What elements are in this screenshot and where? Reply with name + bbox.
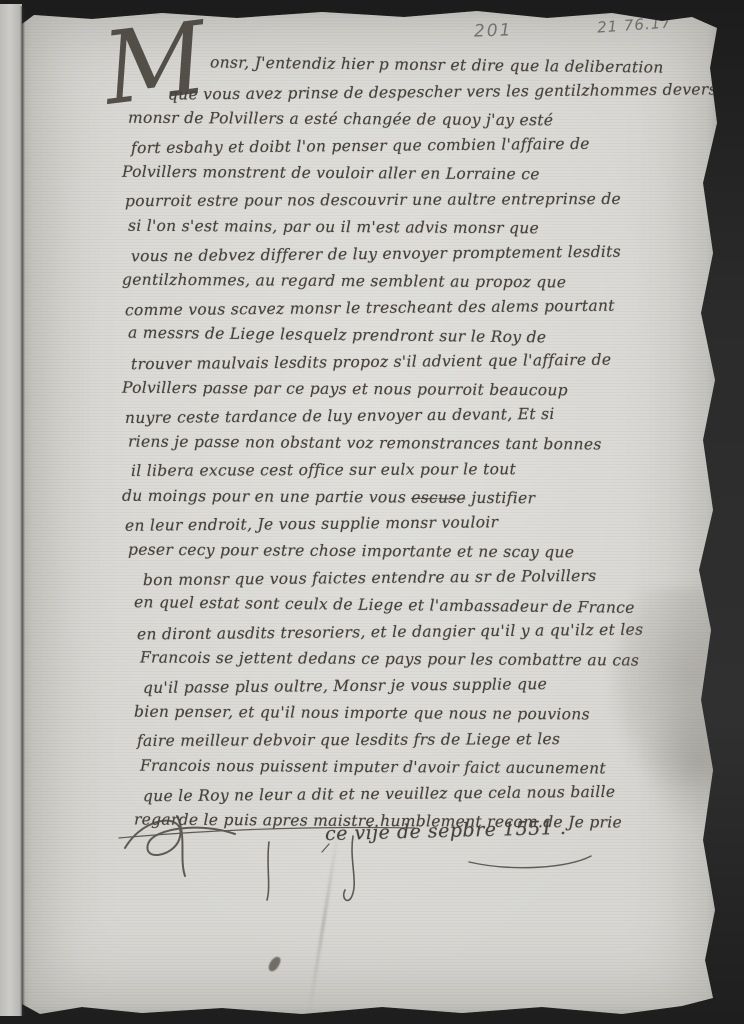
manuscript-line: pourroit estre pour nos descouvrir une a… <box>125 190 621 210</box>
manuscript-line: onsr, J'entendiz hier p monsr et dire qu… <box>210 53 664 76</box>
manuscript-line: si l'on s'est mains, par ou il m'est adv… <box>128 217 539 238</box>
manuscript-line: Polvillers monstrent de vouloir aller en… <box>122 163 540 184</box>
manuscript-line: faire meilleur debvoir que lesdits frs d… <box>137 730 560 750</box>
adjacent-page-edge <box>0 4 22 1016</box>
manuscript-line: peser cecy pour estre chose importante e… <box>128 541 574 562</box>
photo-background: 201 21 76.17 M onsr, J'entendiz hier p m… <box>0 0 744 1024</box>
dateline-block: ce vije de sepbre 1551 . <box>117 806 637 906</box>
manuscript-line: en diront ausdits tresoriers, et le dang… <box>137 621 643 644</box>
gutter-crease <box>20 6 25 1016</box>
manuscript-page: 201 21 76.17 M onsr, J'entendiz hier p m… <box>22 8 717 1014</box>
manuscript-line: bien penser, et qu'il nous importe que n… <box>134 703 590 724</box>
manuscript-line: comme vous scavez monsr le trescheant de… <box>125 297 615 320</box>
manuscript-line: fort esbahy et doibt l'on penser que com… <box>131 135 590 157</box>
manuscript-line: qu'il passe plus oultre, Monsr je vous s… <box>143 675 547 697</box>
manuscript-line: Francois nous puissent imputer d'avoir f… <box>140 757 606 778</box>
manuscript-line: il libera excuse cest office sur eulx po… <box>131 460 516 480</box>
manuscript-line: nuyre ceste tardance de luy envoyer au d… <box>125 405 555 427</box>
manuscript-line: monsr de Polvillers a esté changée de qu… <box>128 109 553 130</box>
manuscript-line: que le Roy ne leur a dit et ne veuillez … <box>143 783 615 806</box>
manuscript-line: en leur endroit, Je vous supplie monsr v… <box>125 513 498 535</box>
manuscript-line: Francois se jettent dedans ce pays pour … <box>140 648 639 669</box>
manuscript-line: a messrs de Liege lesquelz prendront sur… <box>128 324 547 347</box>
folio-number-annotation: 201 <box>474 20 513 41</box>
manuscript-line: bon monsr que vous faictes entendre au s… <box>143 567 597 589</box>
shelfmark-annotation: 21 76.17 <box>596 13 672 36</box>
manuscript-line: gentilzhommes, au regard me semblent au … <box>122 271 566 292</box>
manuscript-line: vous ne debvez differer de luy envoyer p… <box>131 243 621 266</box>
water-stain-lower <box>642 698 744 828</box>
ink-speck <box>267 955 282 973</box>
manuscript-line: en quel estat sont ceulx de Liege et l'a… <box>134 593 635 617</box>
manuscript-line: que vous avez prinse de despescher vers … <box>168 80 717 103</box>
manuscript-line: riens je passe non obstant voz remonstra… <box>128 433 602 454</box>
manuscript-line: Polvillers passe par ce pays et nous pou… <box>122 379 568 400</box>
manuscript-line: du moings pour en une partie vous e̶s̶c̶… <box>122 487 535 508</box>
manuscript-line: trouver maulvais lesdits propoz s'il adv… <box>131 351 611 374</box>
